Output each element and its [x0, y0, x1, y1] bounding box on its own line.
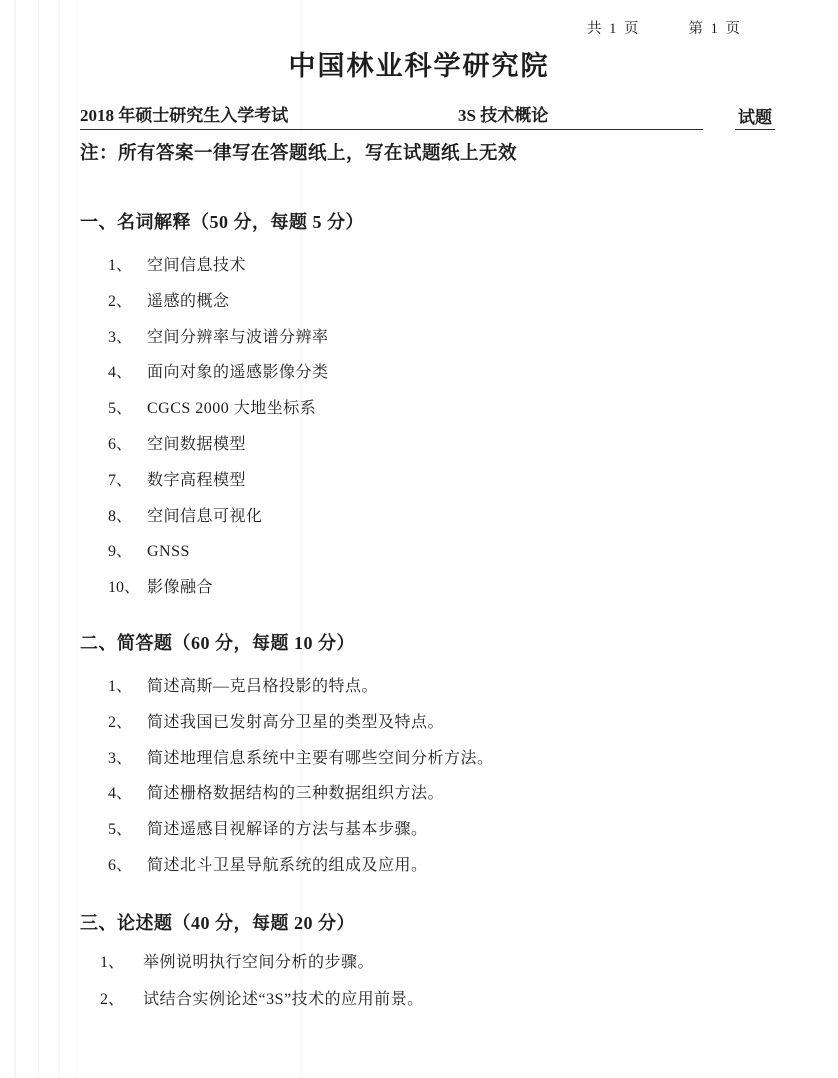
section-heading: 二、简答题（60 分，每题 10 分） [80, 629, 838, 655]
question-number: 7、 [108, 473, 147, 490]
question-number: 10、 [108, 580, 147, 597]
question-text: 简述地理信息系统中主要有哪些空间分析方法。 [147, 751, 494, 768]
question-text: 空间数据模型 [147, 437, 246, 454]
question-number: 6、 [108, 858, 147, 875]
paper-type-label: 试题 [735, 103, 775, 130]
question-number: 3、 [108, 751, 147, 768]
question-number: 1、 [108, 258, 147, 275]
question-item: 2、遥感的概念 [108, 294, 838, 311]
question-number: 5、 [108, 401, 147, 418]
question-number: 1、 [100, 955, 143, 972]
question-number: 6、 [108, 437, 147, 454]
section-items: 1、空间信息技术2、遥感的概念3、空间分辨率与波谱分辨率4、面向对象的遥感影像分… [0, 258, 838, 597]
question-item: 2、试结合实例论述“3S”技术的应用前景。 [100, 992, 838, 1009]
question-item: 1、举例说明执行空间分析的步骤。 [100, 955, 838, 972]
question-item: 6、简述北斗卫星导航系统的组成及应用。 [108, 858, 838, 875]
question-number: 1、 [108, 679, 147, 696]
question-text: 面向对象的遥感影像分类 [147, 365, 329, 382]
question-text: GNSS [147, 544, 190, 561]
question-number: 8、 [108, 509, 147, 526]
question-text: 简述我国已发射高分卫星的类型及特点。 [147, 715, 444, 732]
question-item: 1、简述高斯—克吕格投影的特点。 [108, 679, 838, 696]
question-item: 5、CGCS 2000 大地坐标系 [108, 401, 838, 418]
question-item: 10、影像融合 [108, 580, 838, 597]
question-item: 7、数字高程模型 [108, 473, 838, 490]
section-items: 1、举例说明执行空间分析的步骤。2、试结合实例论述“3S”技术的应用前景。 [0, 955, 838, 1009]
section-heading: 三、论述题（40 分，每题 20 分） [80, 909, 838, 935]
question-item: 3、简述地理信息系统中主要有哪些空间分析方法。 [108, 751, 838, 768]
question-item: 9、GNSS [108, 544, 838, 561]
question-sections: 一、名词解释（50 分，每题 5 分）1、空间信息技术2、遥感的概念3、空间分辨… [0, 208, 838, 1028]
exam-header-row: 2018 年硕士研究生入学考试 3S 技术概论 试题 [80, 101, 775, 130]
page-info: 共 1 页第 1 页 [587, 17, 742, 38]
paper-title: 中国林业科学研究院 [0, 44, 838, 83]
exam-session-label: 2018 年硕士研究生入学考试 [80, 101, 288, 126]
question-text: CGCS 2000 大地坐标系 [147, 401, 316, 418]
question-item: 5、简述遥感目视解译的方法与基本步骤。 [108, 822, 838, 839]
section-heading: 一、名词解释（50 分，每题 5 分） [80, 208, 838, 234]
question-number: 2、 [108, 715, 147, 732]
question-item: 2、简述我国已发射高分卫星的类型及特点。 [108, 715, 838, 732]
question-text: 简述北斗卫星导航系统的组成及应用。 [147, 858, 428, 875]
question-text: 空间分辨率与波谱分辨率 [147, 330, 329, 347]
question-text: 影像融合 [147, 580, 213, 597]
question-text: 数字高程模型 [147, 473, 246, 490]
question-number: 2、 [100, 992, 143, 1009]
question-text: 简述高斯—克吕格投影的特点。 [147, 679, 378, 696]
section: 一、名词解释（50 分，每题 5 分）1、空间信息技术2、遥感的概念3、空间分辨… [0, 208, 838, 597]
total-pages-label: 共 1 页 [587, 21, 641, 37]
section-items: 1、简述高斯—克吕格投影的特点。2、简述我国已发射高分卫星的类型及特点。3、简述… [0, 679, 838, 875]
question-text: 举例说明执行空间分析的步骤。 [143, 955, 374, 972]
page-number-label: 第 1 页 [689, 21, 743, 37]
question-item: 4、简述栅格数据结构的三种数据组织方法。 [108, 786, 838, 803]
question-number: 4、 [108, 786, 147, 803]
question-text: 空间信息可视化 [147, 509, 263, 526]
section: 二、简答题（60 分，每题 10 分）1、简述高斯—克吕格投影的特点。2、简述我… [0, 629, 838, 875]
question-text: 试结合实例论述“3S”技术的应用前景。 [143, 992, 424, 1009]
section: 三、论述题（40 分，每题 20 分）1、举例说明执行空间分析的步骤。2、试结合… [0, 909, 838, 1009]
question-number: 3、 [108, 330, 147, 347]
question-item: 6、空间数据模型 [108, 437, 838, 454]
exam-paper-page: 共 1 页第 1 页 中国林业科学研究院 2018 年硕士研究生入学考试 3S … [0, 0, 838, 1078]
header-rule-line: 2018 年硕士研究生入学考试 3S 技术概论 [80, 100, 703, 130]
question-number: 4、 [108, 365, 147, 382]
question-text: 遥感的概念 [147, 294, 230, 311]
question-text: 简述遥感目视解译的方法与基本步骤。 [147, 822, 428, 839]
question-item: 8、空间信息可视化 [108, 509, 838, 526]
question-number: 2、 [108, 294, 147, 311]
notice-line: 注：所有答案一律写在答题纸上，写在试题纸上无效 [80, 139, 517, 165]
question-item: 3、空间分辨率与波谱分辨率 [108, 330, 838, 347]
course-name-label: 3S 技术概论 [458, 101, 548, 126]
question-item: 1、空间信息技术 [108, 258, 838, 275]
question-number: 5、 [108, 822, 147, 839]
question-text: 空间信息技术 [147, 258, 246, 275]
question-number: 9、 [108, 544, 147, 561]
question-text: 简述栅格数据结构的三种数据组织方法。 [147, 786, 444, 803]
question-item: 4、面向对象的遥感影像分类 [108, 365, 838, 382]
